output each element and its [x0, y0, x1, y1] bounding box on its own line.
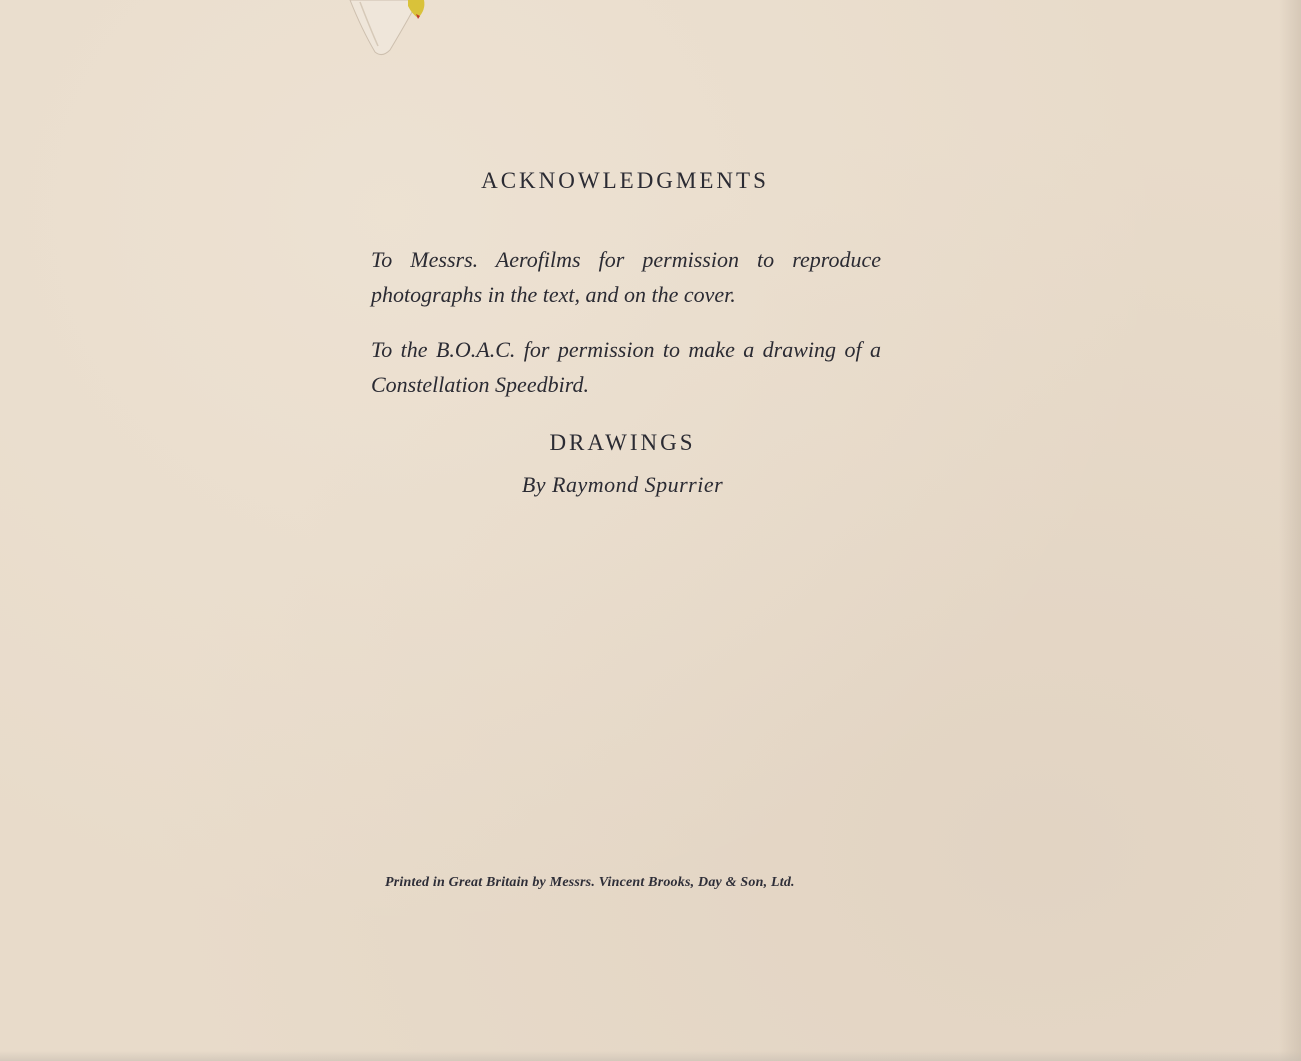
acknowledgment-boac: To the B.O.A.C. for permission to make a…	[371, 332, 881, 402]
acknowledgments-heading: ACKNOWLEDGMENTS	[0, 168, 1250, 194]
drawings-heading: DRAWINGS	[0, 430, 1245, 456]
torn-corner-mark	[340, 0, 430, 60]
printer-imprint: Printed in Great Britain by Messrs. Vinc…	[385, 875, 855, 891]
drawings-byline: By Raymond Spurrier	[0, 472, 1245, 498]
document-page: ACKNOWLEDGMENTS To Messrs. Aerofilms for…	[0, 0, 1301, 1061]
page-bottom-edge	[0, 1051, 1301, 1061]
acknowledgment-aerofilms: To Messrs. Aerofilms for permission to r…	[371, 242, 881, 312]
page-edge-shadow	[1279, 0, 1301, 1061]
